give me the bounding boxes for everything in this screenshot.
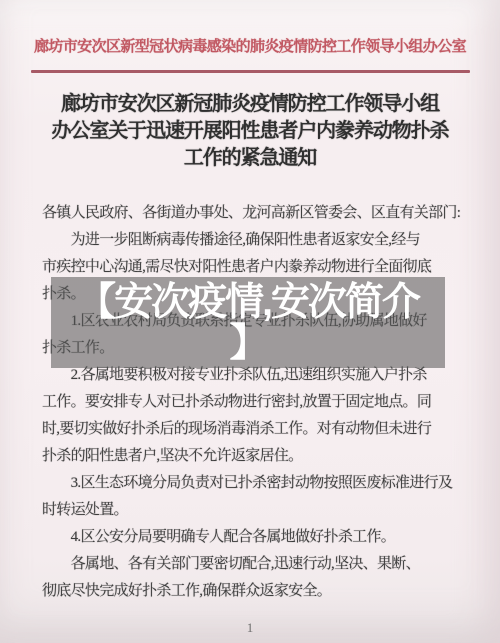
letterhead-org-name: 廊坊市安次区新型冠状病毒感染的肺炎疫情防控工作领导小组办公室 [0, 35, 500, 56]
body-line: 时,要切实做好扑杀后的现场消毒消杀工作。对有动物但未进行 [42, 416, 482, 443]
notice-title-line: 廊坊市安次区新冠肺炎疫情防控工作领导小组 [0, 91, 500, 118]
document-body: 各镇人民政府、各街道办事处、龙河高新区管委会、区直有关部门: 为进一步阻断病毒传… [42, 200, 482, 605]
body-line: 工作。要安排专人对已扑杀动物进行密封,放置于固定地点。同 [42, 389, 482, 416]
page-number: 1 [0, 620, 500, 636]
body-line: 3.区生态环境分局负责对已扑杀密封动物按照医废标准进行及 [42, 470, 482, 497]
body-line: 各镇人民政府、各街道办事处、龙河高新区管委会、区直有关部门: [42, 200, 482, 227]
letterhead-divider [31, 70, 470, 73]
body-line: 时转运处置。 [42, 497, 482, 524]
body-line: 扑杀的阳性患者户,坚决不允许返家居住。 [42, 443, 482, 470]
notice-title-line: 办公室关于迅速开展阳性患者户内豢养动物扑杀 [0, 118, 500, 145]
caption-overlay: 【安次疫情,安次简介 】 [51, 277, 445, 368]
notice-title-line: 工作的紧急通知 [0, 145, 500, 172]
caption-text-line-2: 】 [229, 323, 266, 364]
body-line: 4.区公安分局要明确专人配合各属地做好扑杀工作。 [42, 524, 482, 551]
body-line: 彻底尽快完成好扑杀工作,确保群众返家安全。 [42, 578, 482, 605]
notice-title: 廊坊市安次区新冠肺炎疫情防控工作领导小组 办公室关于迅速开展阳性患者户内豢养动物… [0, 91, 500, 172]
document-photo: 廊坊市安次区新型冠状病毒感染的肺炎疫情防控工作领导小组办公室 廊坊市安次区新冠肺… [0, 0, 500, 643]
caption-text-line-1: 【安次疫情,安次简介 [77, 282, 419, 323]
body-line: 为进一步阻断病毒传播途径,确保阳性患者返家安全,经与 [42, 227, 482, 254]
body-line: 各属地、各有关部门要密切配合,迅速行动,坚决、果断、 [42, 551, 482, 578]
